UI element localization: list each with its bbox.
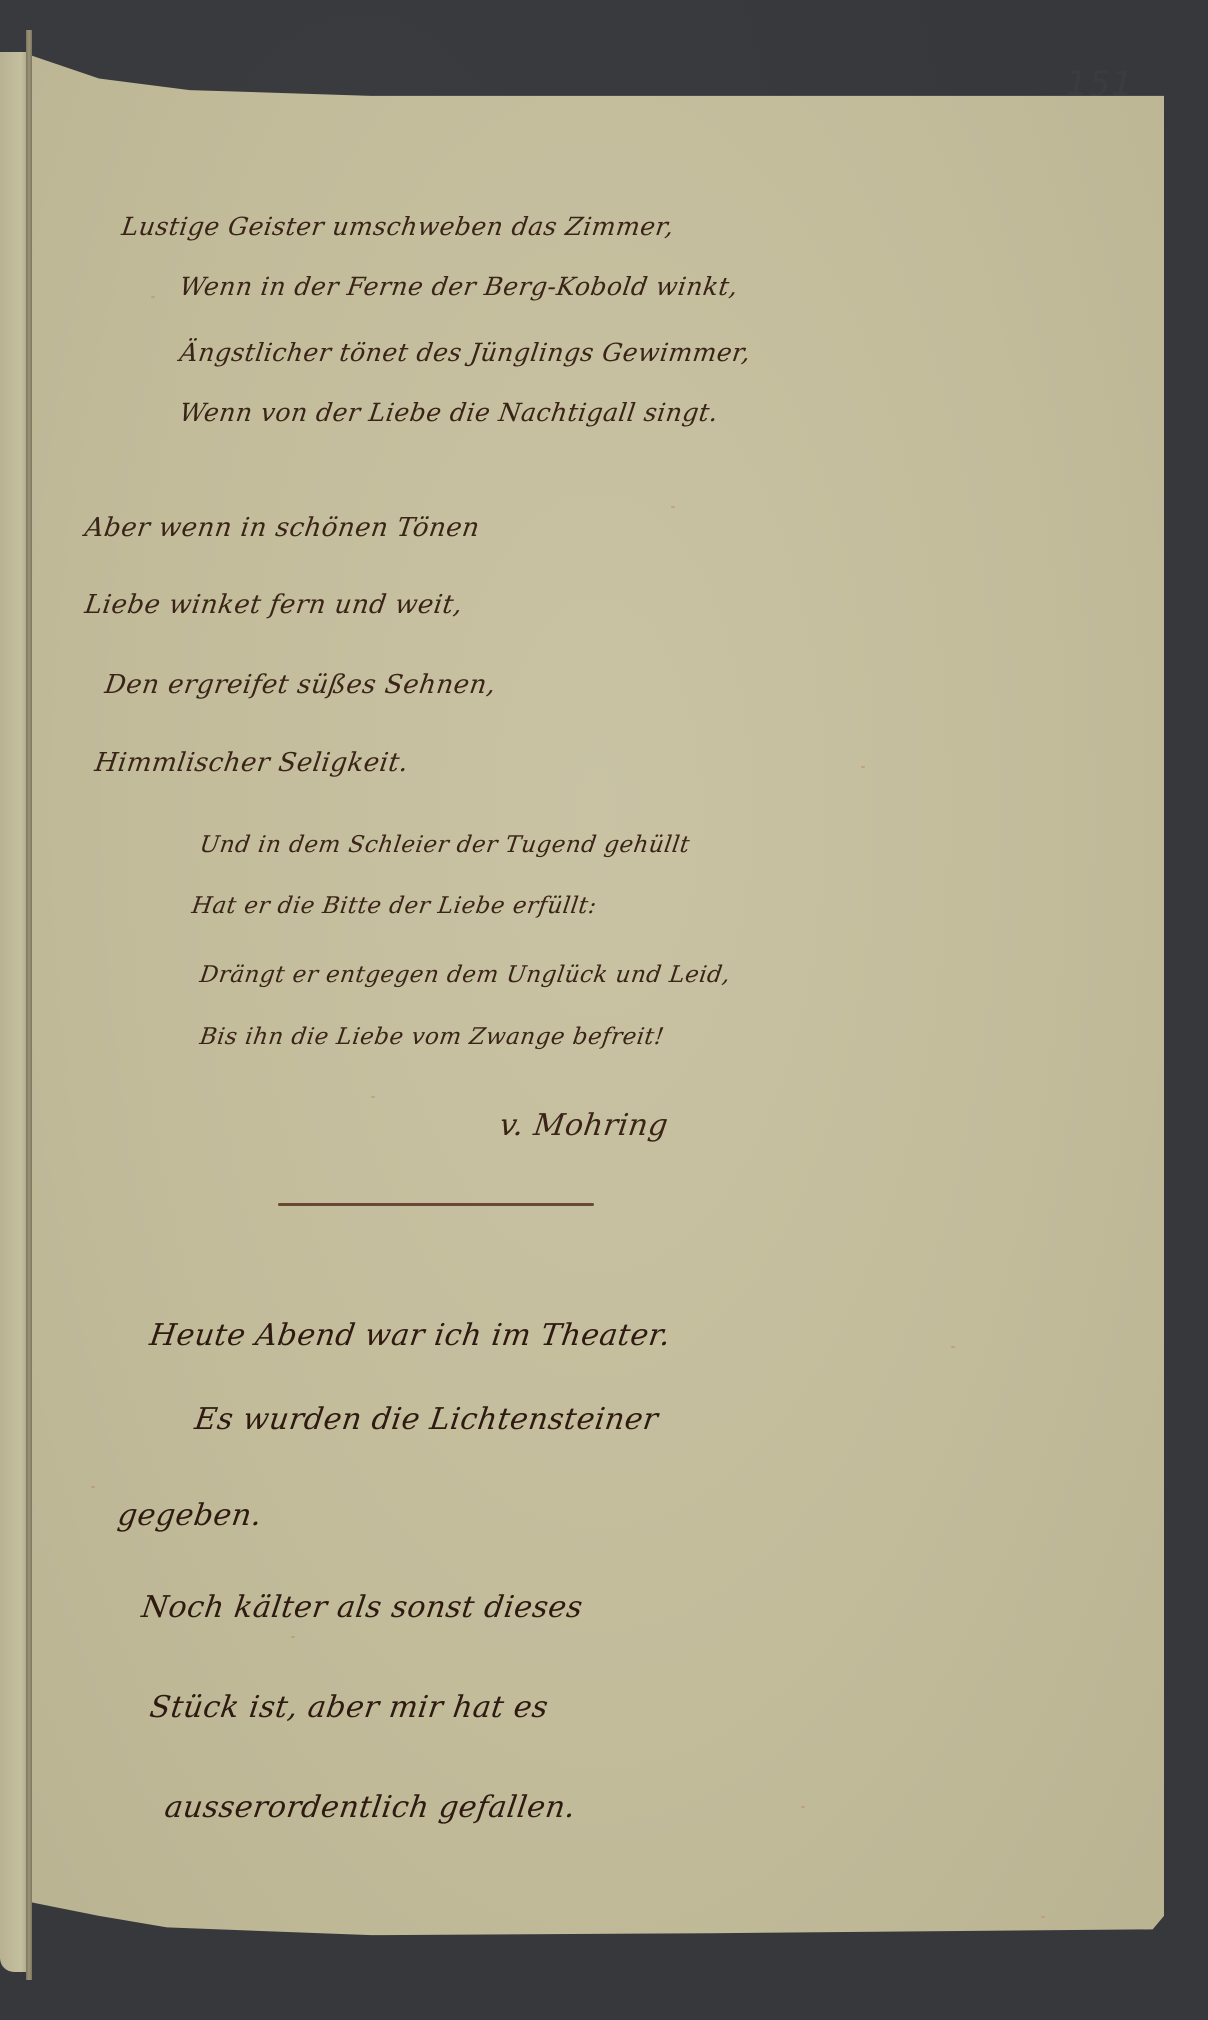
poem-line: Lustige Geister umschweben das Zimmer,: [120, 212, 676, 241]
entry-line: Heute Abend war ich im Theater.: [148, 1318, 673, 1353]
paper-fleck: [91, 1486, 95, 1488]
section-divider: [278, 1203, 594, 1206]
poem-line: Bis ihn die Liebe vom Zwange befreit!: [198, 1024, 666, 1050]
page-number: 151: [1066, 64, 1134, 104]
poem-line: Aber wenn in schönen Tönen: [83, 513, 482, 543]
paper-fleck: [1041, 1916, 1045, 1918]
poem-line: Ängstlicher tönet des Jünglings Gewimmer…: [178, 338, 753, 367]
entry-line: ausserordentlich gefallen.: [163, 1790, 578, 1825]
entry-line: Es wurden die Lichtensteiner: [193, 1402, 661, 1437]
paper-fleck: [371, 1096, 375, 1098]
poem-line: Hat er die Bitte der Liebe erfüllt:: [190, 893, 598, 919]
poem-line: Wenn in der Ferne der Berg-Kobold winkt,: [178, 272, 740, 301]
paper-fleck: [801, 1806, 805, 1808]
paper-fleck: [151, 296, 155, 298]
poem-line: Drängt er entgegen dem Unglück und Leid,: [198, 962, 732, 988]
manuscript-page: [31, 36, 1164, 1968]
poem-line: Den ergreifet süßes Sehnen,: [103, 670, 498, 700]
poem-line: Und in dem Schleier der Tugend gehüllt: [198, 832, 691, 858]
signature: v. Mohring: [498, 1108, 671, 1143]
entry-line: Noch kälter als sonst dieses: [140, 1590, 586, 1625]
poem-line: Wenn von der Liebe die Nachtigall singt.: [178, 398, 720, 427]
entry-line: Stück ist, aber mir hat es: [148, 1690, 551, 1725]
paper-fleck: [291, 1636, 295, 1638]
entry-line: gegeben.: [116, 1498, 265, 1533]
binding-gutter: [26, 30, 32, 1980]
poem-line: Liebe winket fern und weit,: [83, 590, 465, 620]
paper-fleck: [671, 506, 675, 508]
paper-fleck: [861, 766, 865, 768]
paper-fleck: [951, 1346, 955, 1348]
poem-line: Himmlischer Seligkeit.: [93, 748, 411, 778]
